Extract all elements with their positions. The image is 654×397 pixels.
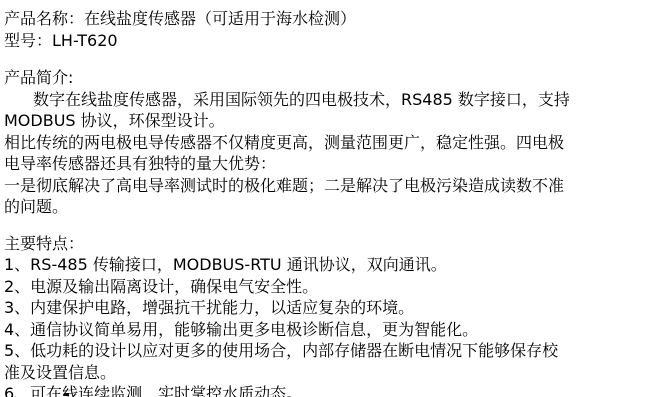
- intro-paragraph2-line1: 相比传统的两电极电导传感器不仅精度更高，测量范围更广，稳定性强。四电极: [4, 132, 648, 154]
- feature-item-3: 3、内建保护电路，增强抗干扰能力，以适应复杂的环境。: [4, 297, 648, 319]
- feature-item-5-line2: 准及设置信息。: [4, 362, 648, 384]
- model-line: 型号：LH-T620: [4, 30, 648, 52]
- cutoff-next-line-fragment: [64, 393, 69, 396]
- intro-paragraph1-line2: MODBUS 协议，环保型设计。: [4, 110, 648, 132]
- intro-paragraph3-line1: 一是彻底解决了高电导率测试时的极化难题；二是解决了电极污染造成读数不准: [4, 175, 648, 197]
- feature-item-5-line1: 5、低功耗的设计以应对更多的使用场合，内部存储器在断电情况下能够保存校: [4, 340, 648, 362]
- feature-item-2: 2、电源及输出隔离设计，确保电气安全性。: [4, 276, 648, 298]
- feature-item-6: 6、可在线连续监测，实时掌控水质动态。: [4, 383, 648, 397]
- blank-line: [4, 51, 648, 67]
- intro-heading: 产品简介:: [4, 67, 648, 89]
- intro-paragraph2-line2: 电导率传感器还具有独特的量大优势：: [4, 153, 648, 175]
- feature-item-1: 1、RS-485 传输接口，MODBUS-RTU 通讯协议，双向通讯。: [4, 254, 648, 276]
- features-heading: 主要特点：: [4, 233, 648, 255]
- feature-item-4: 4、通信协议简单易用，能够输出更多电极诊断信息，更为智能化。: [4, 319, 648, 341]
- product-document-page: 产品名称：在线盐度传感器（可适用于海水检测） 型号：LH-T620 产品简介: …: [0, 0, 654, 397]
- product-name-line: 产品名称：在线盐度传感器（可适用于海水检测）: [4, 8, 648, 30]
- intro-paragraph3-line2: 的问题。: [4, 196, 648, 218]
- blank-line: [4, 218, 648, 233]
- intro-paragraph1-line1: 数字在线盐度传感器，采用国际领先的四电极技术，RS485 数字接口，支持: [4, 89, 648, 111]
